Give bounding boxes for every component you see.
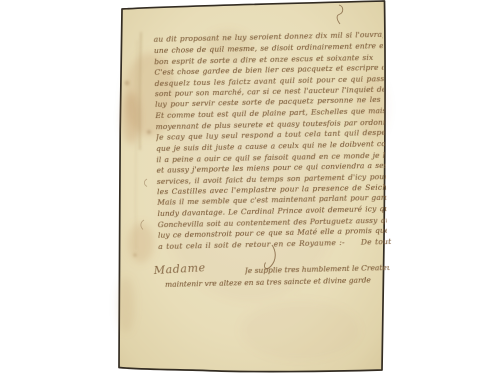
salutation-madame: Madame (153, 261, 206, 277)
catchword: De tout (361, 237, 392, 249)
photo-background: au dit proposant ne luy seroient donnez … (0, 0, 500, 375)
closing-line-1: Je supplie tres humblement le Createur (245, 263, 390, 275)
handwriting-layer: au dit proposant ne luy seroient donnez … (116, 0, 392, 375)
letter-body: au dit proposant ne luy seroient donnez … (154, 30, 390, 253)
closing-line-2: maintenir vre alteze en sa tres saincte … (165, 275, 390, 289)
